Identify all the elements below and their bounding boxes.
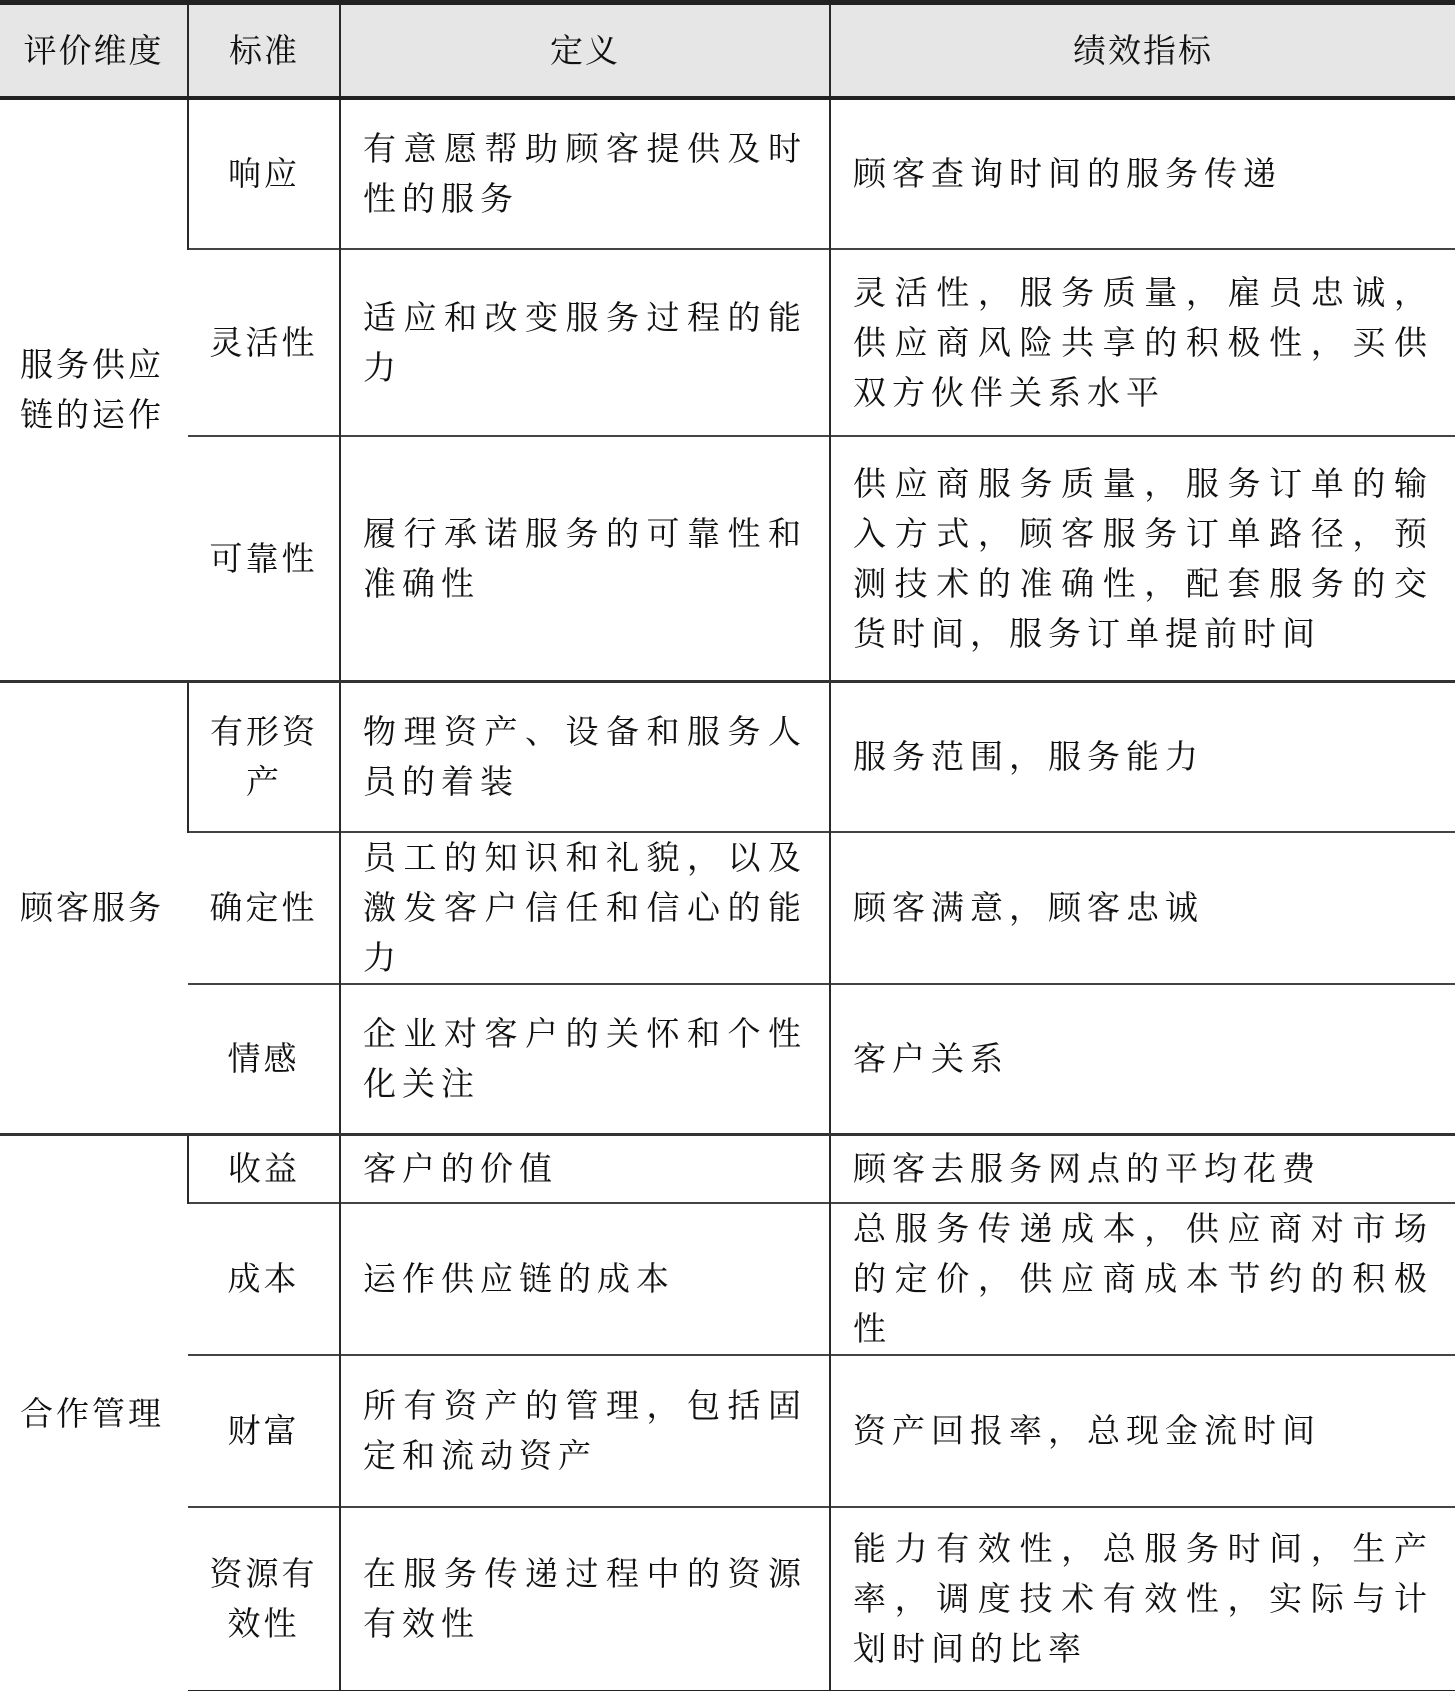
kpi-cell: 能力有效性，总服务时间，生产率，调度技术有效性，实际与计划时间的比率 xyxy=(830,1507,1455,1691)
standard-cell: 情感 xyxy=(188,984,340,1135)
table-row: 情感 企业对客户的关怀和个性化关注 客户关系 xyxy=(0,984,1455,1135)
standard-cell: 可靠性 xyxy=(188,436,340,682)
dimension-cell: 服务供应链的运作 xyxy=(0,98,188,682)
kpi-cell: 顾客去服务网点的平均花费 xyxy=(830,1135,1455,1204)
definition-cell: 客户的价值 xyxy=(340,1135,830,1204)
kpi-cell: 服务范围，服务能力 xyxy=(830,682,1455,833)
dimension-cell: 合作管理 xyxy=(0,1135,188,1691)
standard-cell: 资源有效性 xyxy=(188,1507,340,1691)
table-row: 顾客服务 有形资产 物理资产、设备和服务人员的着装 服务范围，服务能力 xyxy=(0,682,1455,833)
dimension-cell: 顾客服务 xyxy=(0,682,188,1135)
table-row: 成本 运作供应链的成本 总服务传递成本，供应商对市场的定价，供应商成本节约的积极… xyxy=(0,1203,1455,1355)
kpi-cell: 顾客查询时间的服务传递 xyxy=(830,98,1455,249)
table-row: 资源有效性 在服务传递过程中的资源有效性 能力有效性，总服务时间，生产率，调度技… xyxy=(0,1507,1455,1691)
kpi-cell: 总服务传递成本，供应商对市场的定价，供应商成本节约的积极性 xyxy=(830,1203,1455,1355)
kpi-cell: 客户关系 xyxy=(830,984,1455,1135)
header-standard: 标准 xyxy=(188,3,340,99)
table-row: 确定性 员工的知识和礼貌，以及激发客户信任和信心的能力 顾客满意，顾客忠诚 xyxy=(0,832,1455,984)
definition-cell: 企业对客户的关怀和个性化关注 xyxy=(340,984,830,1135)
standard-cell: 成本 xyxy=(188,1203,340,1355)
standard-cell: 有形资产 xyxy=(188,682,340,833)
standard-cell: 收益 xyxy=(188,1135,340,1204)
kpi-cell: 顾客满意，顾客忠诚 xyxy=(830,832,1455,984)
definition-cell: 所有资产的管理，包括固定和流动资产 xyxy=(340,1355,830,1507)
header-kpi: 绩效指标 xyxy=(830,3,1455,99)
definition-cell: 运作供应链的成本 xyxy=(340,1203,830,1355)
table-row: 灵活性 适应和改变服务过程的能力 灵活性，服务质量，雇员忠诚，供应商风险共享的积… xyxy=(0,249,1455,436)
kpi-cell: 灵活性，服务质量，雇员忠诚，供应商风险共享的积极性，买供双方伙伴关系水平 xyxy=(830,249,1455,436)
definition-cell: 员工的知识和礼貌，以及激发客户信任和信心的能力 xyxy=(340,832,830,984)
table-row: 可靠性 履行承诺服务的可靠性和准确性 供应商服务质量，服务订单的输入方式，顾客服… xyxy=(0,436,1455,682)
standard-cell: 响应 xyxy=(188,98,340,249)
table-row: 合作管理 收益 客户的价值 顾客去服务网点的平均花费 xyxy=(0,1135,1455,1204)
header-row: 评价维度 标准 定义 绩效指标 xyxy=(0,3,1455,99)
definition-cell: 履行承诺服务的可靠性和准确性 xyxy=(340,436,830,682)
standard-cell: 财富 xyxy=(188,1355,340,1507)
table-row: 财富 所有资产的管理，包括固定和流动资产 资产回报率，总现金流时间 xyxy=(0,1355,1455,1507)
definition-cell: 在服务传递过程中的资源有效性 xyxy=(340,1507,830,1691)
header-definition: 定义 xyxy=(340,3,830,99)
header-dimension: 评价维度 xyxy=(0,3,188,99)
service-supply-chain-evaluation-table: 评价维度 标准 定义 绩效指标 服务供应链的运作 响应 有意愿帮助顾客提供及时性… xyxy=(0,0,1455,1691)
kpi-cell: 供应商服务质量，服务订单的输入方式，顾客服务订单路径，预测技术的准确性，配套服务… xyxy=(830,436,1455,682)
standard-cell: 灵活性 xyxy=(188,249,340,436)
definition-cell: 物理资产、设备和服务人员的着装 xyxy=(340,682,830,833)
table-row: 服务供应链的运作 响应 有意愿帮助顾客提供及时性的服务 顾客查询时间的服务传递 xyxy=(0,98,1455,249)
definition-cell: 有意愿帮助顾客提供及时性的服务 xyxy=(340,98,830,249)
standard-cell: 确定性 xyxy=(188,832,340,984)
definition-cell: 适应和改变服务过程的能力 xyxy=(340,249,830,436)
kpi-cell: 资产回报率，总现金流时间 xyxy=(830,1355,1455,1507)
